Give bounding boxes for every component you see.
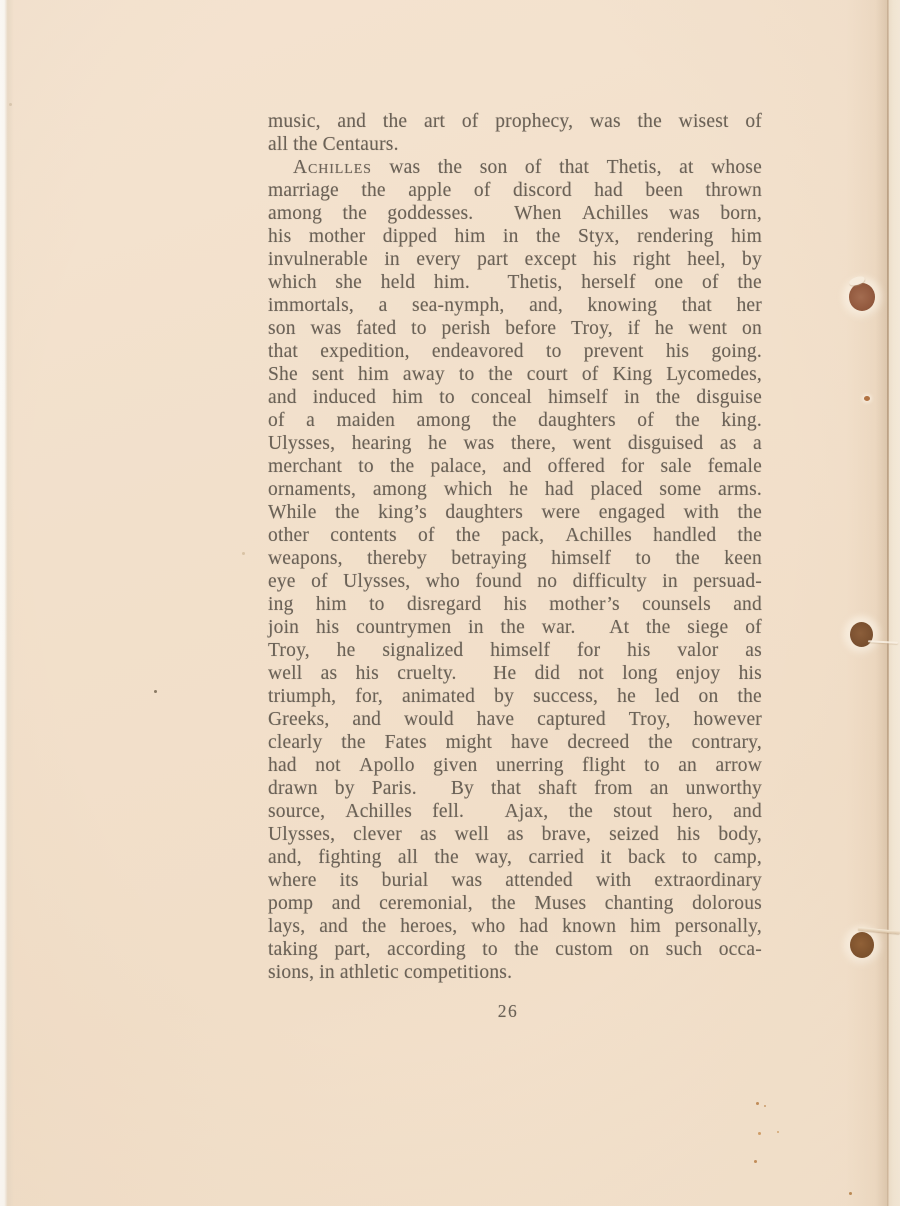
text-block: music,andtheartofprophecy,wasthewisestof… [268, 110, 762, 984]
text-line: music,andtheartofprophecy,wasthewisestof [268, 110, 762, 133]
text-line: triumph,for,animatedbysuccess,heledonthe [268, 685, 762, 708]
text-line: andinducedhimtoconcealhimselfinthedisgui… [268, 386, 762, 409]
text-line: immortals,asea-nymph,and,knowingthather [268, 294, 762, 317]
text-line: inghimtodisregardhismother’scounselsand [268, 593, 762, 616]
text-line: lays,andtheheroes,whohadknownhimpersonal… [268, 915, 762, 938]
text-line: Ulysses,cleveraswellasbrave,seizedhisbod… [268, 823, 762, 846]
text-line: whichsheheldhim.Thetis,herselfoneofthe [268, 271, 762, 294]
punch-hole-middle [850, 622, 873, 647]
text-line: drawnbyParis.Bythatshaftfromanunworthy [268, 777, 762, 800]
text-line: pompandceremonial,theMuseschantingdoloro… [268, 892, 762, 915]
page-number: 26 [268, 1001, 748, 1022]
text-line: Greeks,andwouldhavecapturedTroy,however [268, 708, 762, 731]
foxing-speck [154, 690, 157, 693]
foxing-speck [764, 1105, 766, 1107]
text-line: weapons,therebybetrayinghimselftothekeen [268, 547, 762, 570]
foxing-speck [849, 1192, 852, 1195]
text-line: sonwasfatedtoperishbeforeTroy,ifhewenton [268, 317, 762, 340]
text-line: eyeofUlysses,whofoundnodifficultyinpersu… [268, 570, 762, 593]
text-line: AchilleswasthesonofthatThetis,atwhose [268, 156, 762, 179]
page-left-edge [0, 0, 14, 1206]
text-line: source,Achillesfell.Ajax,thestouthero,an… [268, 800, 762, 823]
foxing-speck [9, 103, 12, 106]
text-line: amongthegoddesses.WhenAchilleswasborn, [268, 202, 762, 225]
text-line: ofamaidenamongthedaughtersoftheking. [268, 409, 762, 432]
text-line: wellashiscruelty.Hedidnotlongenjoyhis [268, 662, 762, 685]
text-line: whereitsburialwasattendedwithextraordina… [268, 869, 762, 892]
backing-page-strip [889, 0, 900, 1206]
text-line: ShesenthimawaytothecourtofKingLycomedes, [268, 363, 762, 386]
text-line: hismotherdippedhimintheStyx,renderinghim [268, 225, 762, 248]
punch-hole-bottom [850, 932, 874, 958]
text-line: invulnerableineverypartexcepthisrighthee… [268, 248, 762, 271]
text-line: joinhiscountrymeninthewar.Atthesiegeof [268, 616, 762, 639]
text-line: merchanttothepalace,andofferedforsalefem… [268, 455, 762, 478]
foxing-speck [758, 1132, 761, 1135]
text-line: clearlytheFatesmighthavedecreedthecontra… [268, 731, 762, 754]
text-line: thatexpedition,endeavoredtopreventhisgoi… [268, 340, 762, 363]
text-line: othercontentsofthepack,Achilleshandledth… [268, 524, 762, 547]
foxing-speck [756, 1102, 759, 1105]
text-line: ornaments,amongwhichhehadplacedsomearms. [268, 478, 762, 501]
foxing-speck [754, 1160, 757, 1163]
foxing-speck [777, 1131, 779, 1133]
text-line: hadnotApollogivenunerringflighttoanarrow [268, 754, 762, 777]
text-line: all the Centaurs. [268, 133, 762, 156]
foxing-speck [242, 552, 245, 555]
punch-hole-top [849, 283, 875, 311]
scanned-page: music,andtheartofprophecy,wasthewisestof… [0, 0, 900, 1206]
text-line: Troy,hesignalizedhimselfforhisvaloras [268, 639, 762, 662]
text-line: Whiletheking’sdaughterswereengagedwithth… [268, 501, 762, 524]
text-line: Ulysses,hearinghewasthere,wentdisguiseda… [268, 432, 762, 455]
foxing-speck [864, 396, 870, 401]
text-line: marriagetheappleofdiscordhadbeenthrown [268, 179, 762, 202]
text-line: and,fightingalltheway,carrieditbacktocam… [268, 846, 762, 869]
page-curve-shadow [846, 0, 888, 1206]
text-line: takingpart,accordingtothecustomonsuchocc… [268, 938, 762, 961]
text-line: sions, in athletic competitions. [268, 961, 762, 984]
